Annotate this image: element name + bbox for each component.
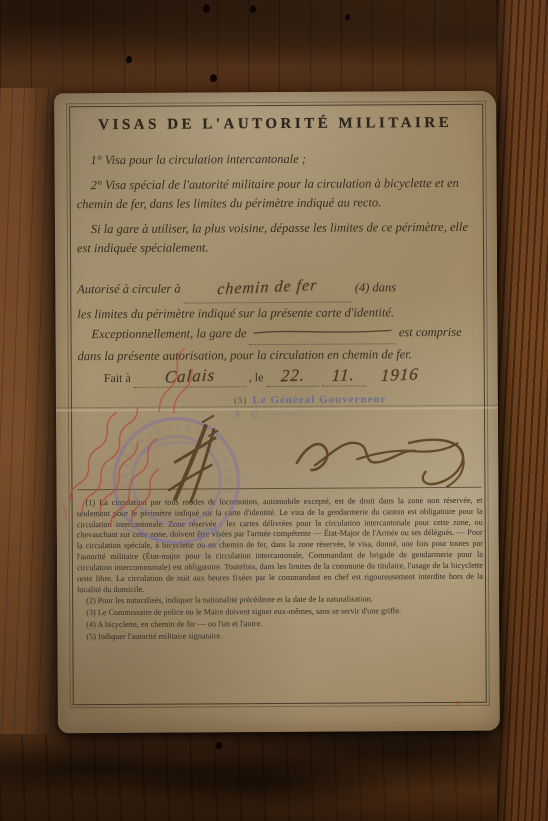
handwritten-year: 1916 (380, 364, 419, 386)
authorization-blank: chemin de fer (184, 275, 352, 304)
exception-blank (250, 323, 396, 346)
footnote-marker-5: (5) (234, 395, 248, 405)
clause-3: Si la gare à utiliser, la plus voisine, … (77, 218, 478, 258)
general-gouverneur-stamp: (5)Le Général Gouverneur A. G. ········ (234, 392, 464, 420)
stamp-line-1: Le Général Gouverneur (252, 393, 386, 406)
wood-plank-left (0, 88, 57, 734)
fait-a-label: Fait à (104, 371, 131, 385)
clause-2: 2° Visa spécial de l'autorité militaire … (77, 174, 478, 214)
year-blank: 1916 (368, 365, 430, 385)
wood-plank-right (497, 0, 548, 821)
card-title: VISAS DE L'AUTORITÉ MILITAIRE (54, 115, 496, 135)
handwritten-mode: chemin de fer (217, 273, 319, 304)
photo-scene: VISAS DE L'AUTORITÉ MILITAIRE 1° Visa po… (0, 0, 548, 821)
day-blank: 22. (266, 366, 318, 387)
strike-through-mark (250, 327, 396, 338)
military-visa-card: VISAS DE L'AUTORITÉ MILITAIRE 1° Visa po… (54, 91, 500, 734)
wood-plank-bottom (0, 726, 548, 821)
le-label: , le (249, 370, 264, 384)
worm-hole (203, 4, 210, 14)
authorization-line2: les limites du périmètre indiqué sur la … (77, 305, 394, 321)
clause-1: 1° Visa pour la circulation intercantona… (76, 149, 477, 170)
issue-line: Fait à Calais , le 22. 11. 1916 (104, 365, 431, 388)
handwritten-place: Calais (164, 365, 216, 387)
note-1: (1) La circulation par tous modes de loc… (77, 496, 484, 596)
exception-prefix: Exceptionnellement, la gare de (91, 326, 246, 341)
place-blank: Calais (134, 366, 246, 388)
exception-line2: dans la présente autorisation, pour la c… (78, 347, 412, 363)
authorization-prefix: Autorisé à circuler à (77, 282, 180, 297)
worm-hole (126, 56, 132, 64)
worm-hole (250, 5, 256, 14)
handwritten-month: 11. (331, 365, 355, 386)
exception-suffix: est comprise (399, 325, 462, 339)
worm-hole (216, 742, 222, 750)
worm-hole (210, 74, 217, 83)
worm-hole (345, 14, 350, 21)
stamp-line-2: A. G. ········ (234, 407, 464, 421)
authorization-suffix: (4) dans (355, 280, 396, 294)
handwritten-day: 22. (280, 365, 306, 386)
note-5: (5) Indiquer l'autorité militaire signat… (77, 630, 483, 643)
fine-print-notes: (1) La circulation par tous modes de loc… (77, 496, 484, 644)
wood-plank-top (0, 0, 548, 96)
month-blank: 11. (321, 365, 365, 386)
authorization-block: Autorisé à circuler à chemin de fer (4) … (77, 274, 479, 367)
red-ink-speck (63, 505, 67, 521)
clauses-block: 1° Visa pour la circulation intercantona… (76, 143, 478, 258)
